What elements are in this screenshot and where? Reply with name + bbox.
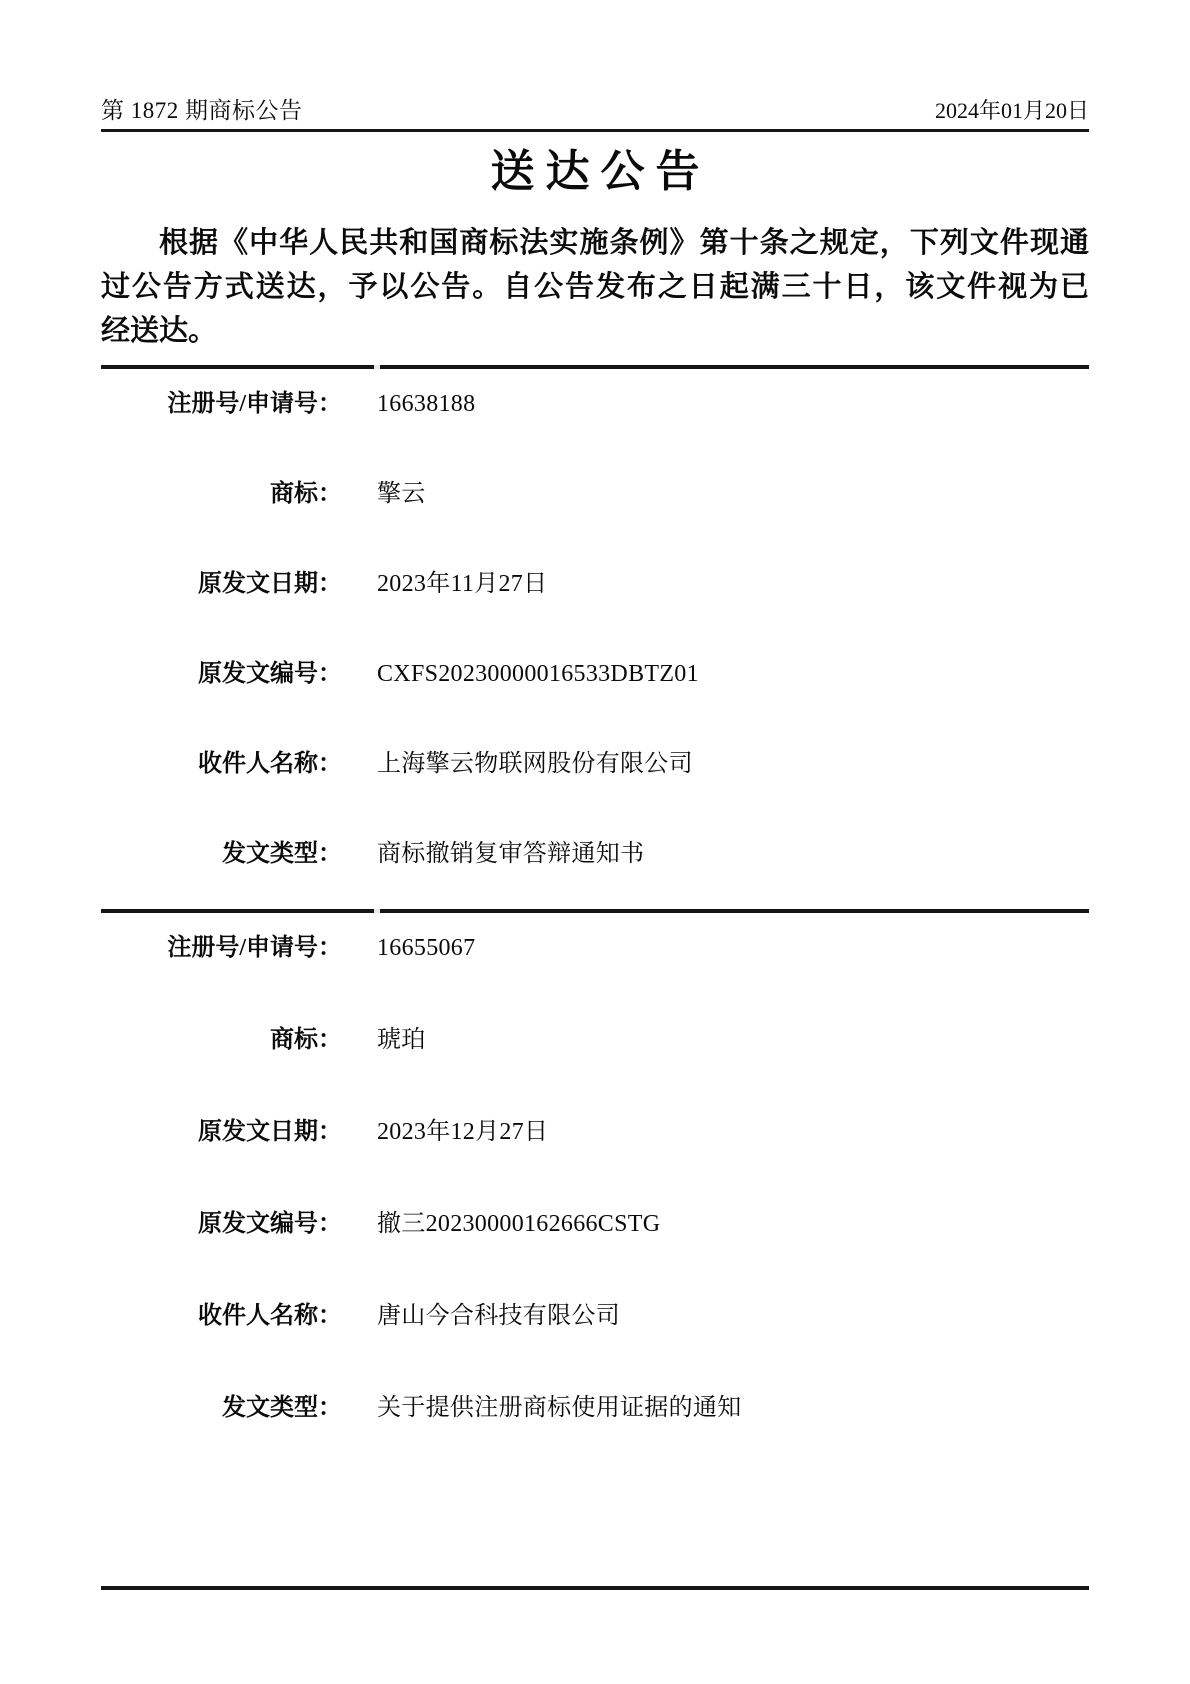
field-label: 发文类型： [101, 839, 342, 869]
field-row-recipient-name: 收件人名称： 唐山今合科技有限公司 [101, 1281, 1089, 1373]
field-label: 收件人名称： [101, 749, 342, 779]
field-row-original-document-number: 原发文编号： 撤三20230000162666CSTG [101, 1189, 1089, 1281]
record-divider [101, 365, 1089, 369]
field-label: 商标： [101, 1025, 342, 1055]
field-label: 注册号/申请号： [101, 933, 342, 963]
header-divider [101, 129, 1089, 132]
intro-paragraph: 根据《中华人民共和国商标法实施条例》第十条之规定，下列文件现通 过公告方式送达，… [101, 221, 1089, 353]
gazette-issue-number: 第 1872 期商标公告 [101, 92, 303, 125]
field-row-recipient-name: 收件人名称： 上海擎云物联网股份有限公司 [101, 729, 1089, 819]
field-value: CXFS20230000016533DBTZ01 [342, 659, 699, 689]
field-value: 16655067 [342, 933, 475, 963]
gazette-date: 2024年01月20日 [935, 94, 1089, 125]
field-row-original-document-number: 原发文编号： CXFS20230000016533DBTZ01 [101, 639, 1089, 729]
field-row-document-type: 发文类型： 关于提供注册商标使用证据的通知 [101, 1373, 1089, 1465]
page-header: 第 1872 期商标公告 2024年01月20日 [101, 92, 1089, 125]
field-row-original-issue-date: 原发文日期： 2023年12月27日 [101, 1097, 1089, 1189]
field-value: 琥珀 [342, 1025, 426, 1055]
record-section-1: 注册号/申请号： 16638188 商标： 擎云 原发文日期： 2023年11月… [101, 365, 1089, 909]
field-label: 注册号/申请号： [101, 389, 342, 419]
intro-line: 过公告方式送达，予以公告。自公告发布之日起满三十日，该文件视为已 [101, 265, 1089, 309]
field-value: 商标撤销复审答辩通知书 [342, 839, 644, 869]
field-value: 16638188 [342, 389, 475, 419]
field-row-registration-number: 注册号/申请号： 16655067 [101, 913, 1089, 1005]
field-value: 撤三20230000162666CSTG [342, 1209, 660, 1239]
intro-line: 根据《中华人民共和国商标法实施条例》第十条之规定，下列文件现通 [101, 221, 1089, 265]
field-label: 原发文编号： [101, 659, 342, 689]
field-row-document-type: 发文类型： 商标撤销复审答辩通知书 [101, 819, 1089, 909]
field-label: 原发文日期： [101, 569, 342, 599]
record-section-2: 注册号/申请号： 16655067 商标： 琥珀 原发文日期： 2023年12月… [101, 909, 1089, 1465]
field-label: 收件人名称： [101, 1301, 342, 1331]
field-value: 2023年11月27日 [342, 569, 547, 599]
notice-title: 送 达 公 告 [0, 146, 1190, 198]
field-value: 关于提供注册商标使用证据的通知 [342, 1393, 742, 1423]
page-bottom-divider [101, 1586, 1089, 1590]
field-label: 发文类型： [101, 1393, 342, 1423]
record-divider [101, 909, 1089, 913]
field-row-trademark: 商标： 琥珀 [101, 1005, 1089, 1097]
field-label: 商标： [101, 479, 342, 509]
field-label: 原发文日期： [101, 1117, 342, 1147]
field-row-trademark: 商标： 擎云 [101, 459, 1089, 549]
gazette-page: 第 1872 期商标公告 2024年01月20日 送 达 公 告 根据《中华人民… [0, 0, 1190, 1684]
field-value: 2023年12月27日 [342, 1117, 548, 1147]
field-value: 擎云 [342, 479, 426, 509]
intro-line: 经送达。 [101, 309, 1089, 353]
field-row-original-issue-date: 原发文日期： 2023年11月27日 [101, 549, 1089, 639]
field-value: 上海擎云物联网股份有限公司 [342, 749, 693, 779]
field-row-registration-number: 注册号/申请号： 16638188 [101, 369, 1089, 459]
field-value: 唐山今合科技有限公司 [342, 1301, 620, 1331]
field-label: 原发文编号： [101, 1209, 342, 1239]
